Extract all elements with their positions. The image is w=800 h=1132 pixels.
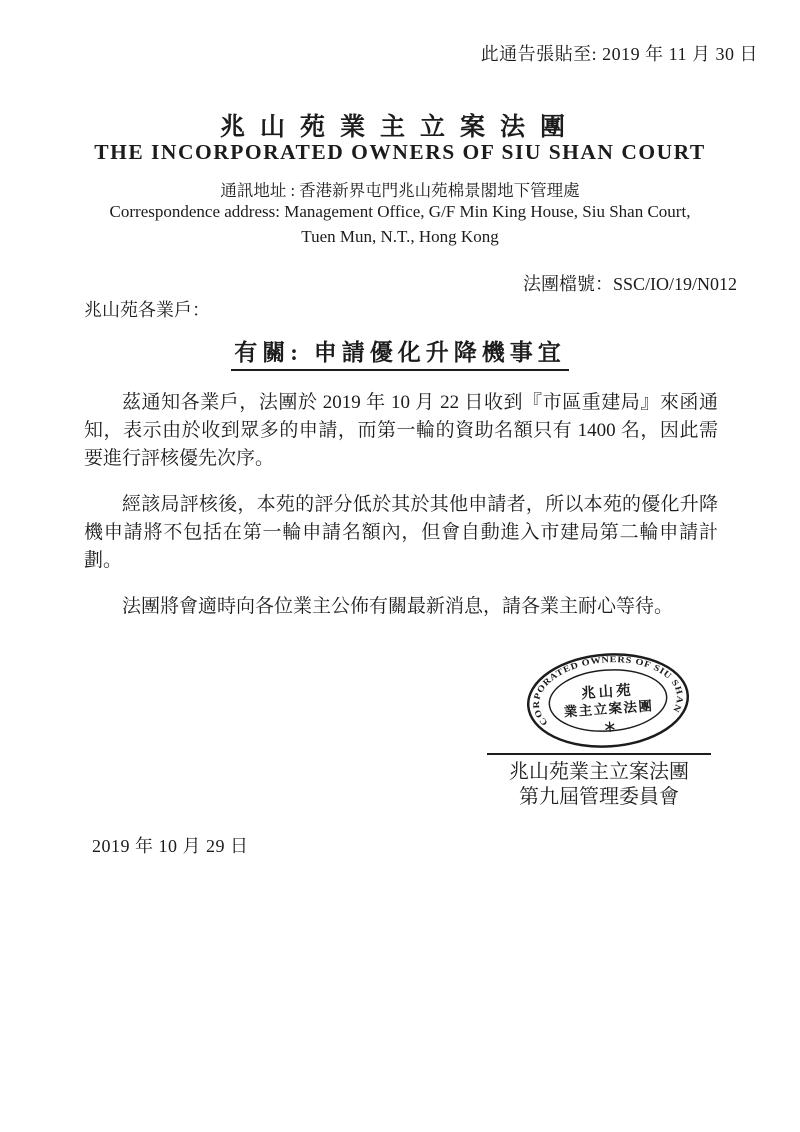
organization-seal-stamp: THE INCORPORATED OWNERS OF SIU SHAN COUR…	[521, 645, 695, 755]
signatory-committee: 第九屆管理委員會	[487, 785, 711, 809]
body-paragraph-3: 法團將會適時向各位業主公佈有關最新消息，請各業主耐心等待。	[84, 593, 718, 621]
correspondence-address-english-line1: Correspondence address: Management Offic…	[0, 202, 800, 222]
salutation: 兆山苑各業戶：	[84, 296, 210, 322]
subject-heading: 有關: 申請優化升降機事宜	[231, 334, 568, 371]
letter-date: 2019 年 10 月 29 日	[92, 832, 249, 858]
subject-heading-row: 有關: 申請優化升降機事宜	[0, 334, 800, 371]
notice-document-page: 此通告張貼至: 2019 年 11 月 30 日 兆山苑業主立案法團 THE I…	[0, 0, 800, 1132]
reference-number: 法團檔號：SSC/IO/19/N012	[523, 270, 737, 296]
letter-body: 茲通知各業戶，法團於 2019 年 10 月 22 日收到『市區重建局』來函通知…	[84, 389, 718, 639]
correspondence-address-english-line2: Tuen Mun, N.T., Hong Kong	[0, 227, 800, 247]
signatory-organization: 兆山苑業主立案法團	[487, 760, 711, 784]
posting-valid-until-note: 此通告張貼至: 2019 年 11 月 30 日	[481, 40, 758, 66]
signature-line	[487, 753, 711, 755]
seal-center-line2: 業主立案法團	[563, 697, 654, 719]
correspondence-address-chinese: 通訊地址 : 香港新界屯門兆山苑棉景閣地下管理處	[0, 177, 800, 201]
body-paragraph-1: 茲通知各業戶，法團於 2019 年 10 月 22 日收到『市區重建局』來函通知…	[84, 389, 718, 473]
body-paragraph-2: 經該局評核後，本苑的評分低於其於其他申請者，所以本苑的優化升降機申請將不包括在第…	[84, 491, 718, 575]
org-title-english: THE INCORPORATED OWNERS OF SIU SHAN COUR…	[0, 140, 800, 165]
org-title-chinese: 兆山苑業主立案法團	[0, 107, 800, 143]
seal-center-line1: 兆山苑	[581, 681, 635, 703]
signature-block: 兆山苑業主立案法團 第九屆管理委員會	[487, 753, 711, 809]
